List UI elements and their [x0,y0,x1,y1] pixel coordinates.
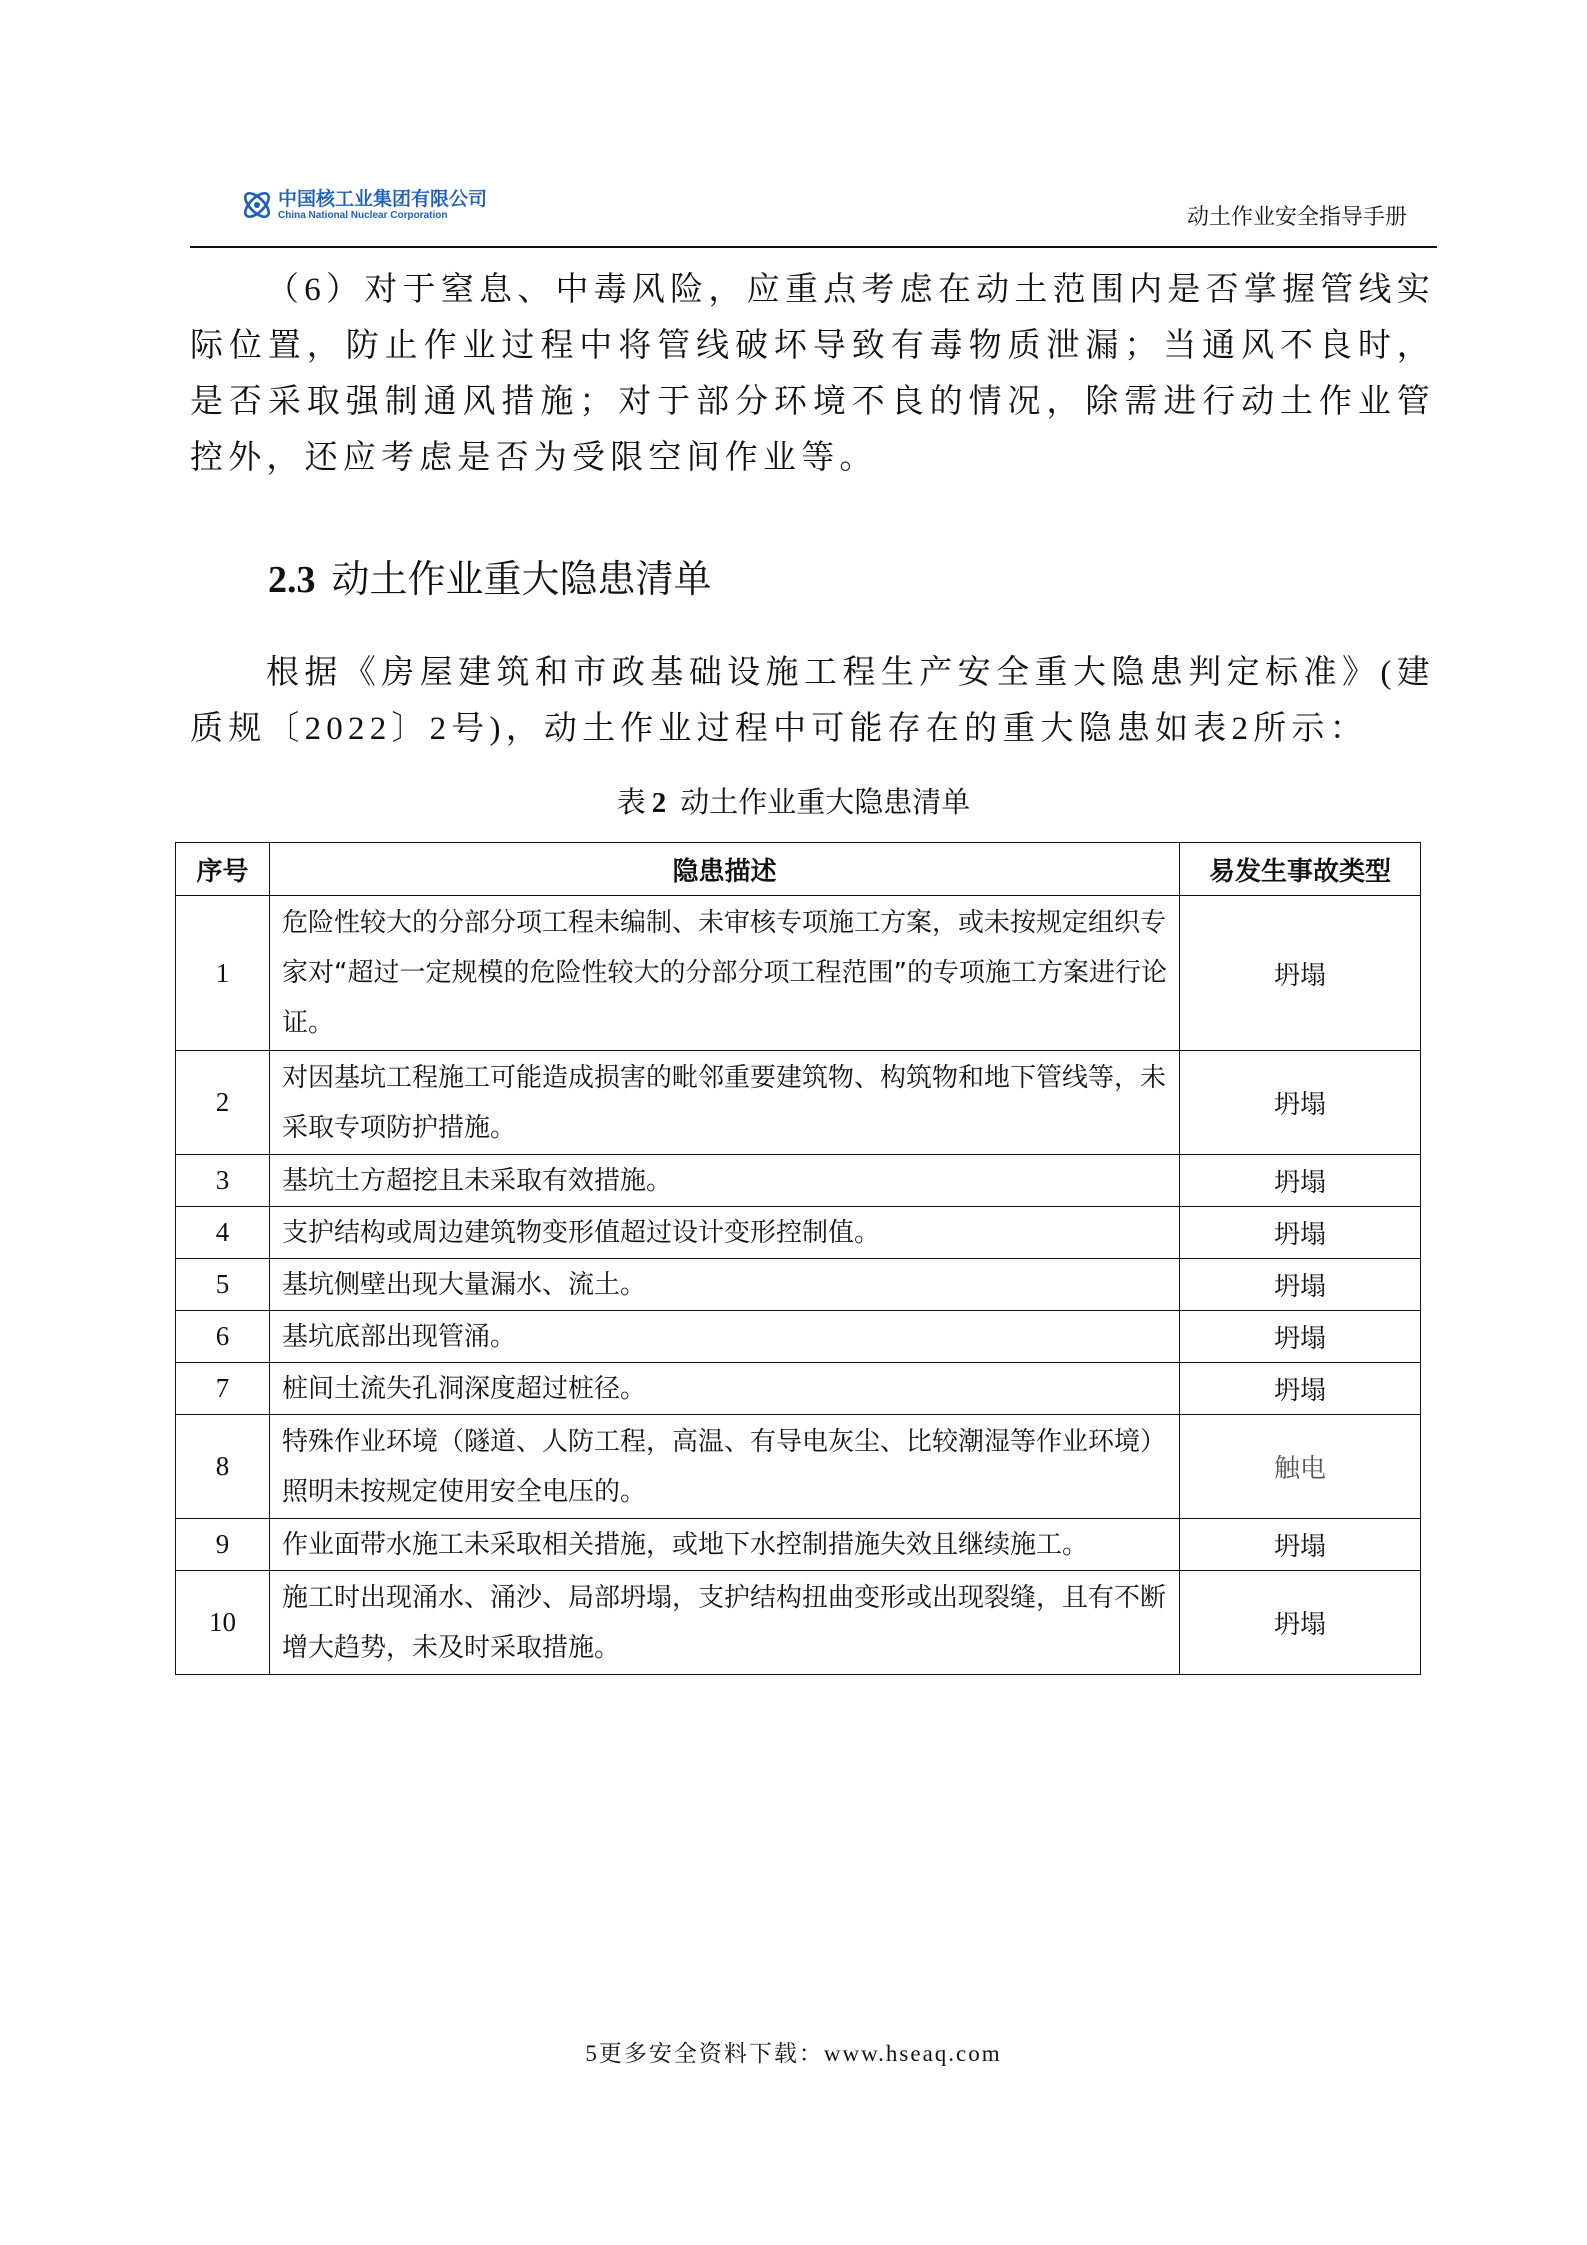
table-caption-title: 动土作业重大隐患清单 [680,787,970,819]
table-row: 5 基坑侧壁出现大量漏水、流土。 坍塌 [176,1259,1421,1311]
page-footer: 5更多安全资料下载：www.hseaq.com [0,2035,1587,2068]
section-heading: 2.3动土作业重大隐患清单 [268,548,712,603]
section-number: 2.3 [268,559,316,601]
header-serial-no: 序号 [176,843,270,896]
table-row: 10 施工时出现涌水、涌沙、局部坍塌，支护结构扭曲变形或出现裂缝，且有不断增大趋… [176,1571,1421,1675]
table-header-row: 序号 隐患描述 易发生事故类型 [176,843,1421,896]
row-description: 特殊作业环境（隧道、人防工程，高温、有导电灰尘、比较潮湿等作业环境）照明未按规定… [270,1415,1180,1519]
row-description: 支护结构或周边建筑物变形值超过设计变形控制值。 [270,1207,1180,1259]
row-accident-type: 坍塌 [1180,1571,1421,1675]
table-caption-number: 2 [652,787,667,819]
section-title-text: 动土作业重大隐患清单 [332,559,712,601]
row-accident-type: 坍塌 [1180,1207,1421,1259]
row-number: 1 [176,896,270,1051]
row-description: 对因基坑工程施工可能造成损害的毗邻重要建筑物、构筑物和地下管线等，未采取专项防护… [270,1051,1180,1155]
row-accident-type: 触电 [1180,1415,1421,1519]
table-row: 9 作业面带水施工未采取相关措施，或地下水控制措施失效且继续施工。 坍塌 [176,1519,1421,1571]
hazard-table: 序号 隐患描述 易发生事故类型 1 危险性较大的分部分项工程未编制、未审核专项施… [175,842,1421,1675]
row-description: 基坑底部出现管涌。 [270,1311,1180,1363]
row-number: 8 [176,1415,270,1519]
table-row: 3 基坑土方超挖且未采取有效措施。 坍塌 [176,1155,1421,1207]
row-accident-type: 坍塌 [1180,1259,1421,1311]
row-number: 2 [176,1051,270,1155]
table-row: 8 特殊作业环境（隧道、人防工程，高温、有导电灰尘、比较潮湿等作业环境）照明未按… [176,1415,1421,1519]
table-row: 1 危险性较大的分部分项工程未编制、未审核专项施工方案，或未按规定组织专家对“超… [176,896,1421,1051]
table-row: 6 基坑底部出现管涌。 坍塌 [176,1311,1421,1363]
table-row: 7 桩间土流失孔洞深度超过桩径。 坍塌 [176,1363,1421,1415]
row-description: 桩间土流失孔洞深度超过桩径。 [270,1363,1180,1415]
paragraph-item-6: （6）对于窒息、中毒风险，应重点考虑在动土范围内是否掌握管线实际位置，防止作业过… [190,262,1435,486]
logo-english-name: China National Nuclear Corporation [278,211,487,221]
row-description: 作业面带水施工未采取相关措施，或地下水控制措施失效且继续施工。 [270,1519,1180,1571]
atom-logo-icon [240,188,274,222]
table-caption: 表2动土作业重大隐患清单 [0,780,1587,821]
row-number: 4 [176,1207,270,1259]
row-number: 7 [176,1363,270,1415]
table-row: 2 对因基坑工程施工可能造成损害的毗邻重要建筑物、构筑物和地下管线等，未采取专项… [176,1051,1421,1155]
table-row: 4 支护结构或周边建筑物变形值超过设计变形控制值。 坍塌 [176,1207,1421,1259]
header-hazard-description: 隐患描述 [270,843,1180,896]
logo-chinese-name: 中国核工业集团有限公司 [278,190,487,209]
row-accident-type: 坍塌 [1180,1155,1421,1207]
row-description: 施工时出现涌水、涌沙、局部坍塌，支护结构扭曲变形或出现裂缝，且有不断增大趋势，未… [270,1571,1180,1675]
row-number: 9 [176,1519,270,1571]
table-caption-prefix: 表 [617,787,646,819]
row-accident-type: 坍塌 [1180,1051,1421,1155]
row-accident-type: 坍塌 [1180,1311,1421,1363]
row-number: 6 [176,1311,270,1363]
row-description: 基坑土方超挖且未采取有效措施。 [270,1155,1180,1207]
header-accident-type: 易发生事故类型 [1180,843,1421,896]
document-title: 动土作业安全指导手册 [1187,200,1407,231]
row-description: 危险性较大的分部分项工程未编制、未审核专项施工方案，或未按规定组织专家对“超过一… [270,896,1180,1051]
row-accident-type: 坍塌 [1180,896,1421,1051]
row-accident-type: 坍塌 [1180,1363,1421,1415]
company-logo: 中国核工业集团有限公司 China National Nuclear Corpo… [240,188,487,222]
row-accident-type: 坍塌 [1180,1519,1421,1571]
row-number: 10 [176,1571,270,1675]
row-description: 基坑侧壁出现大量漏水、流土。 [270,1259,1180,1311]
page-header: 中国核工业集团有限公司 China National Nuclear Corpo… [190,180,1437,248]
row-number: 5 [176,1259,270,1311]
intro-paragraph: 根据《房屋建筑和市政基础设施工程生产安全重大隐患判定标准》(建质规〔2022〕2… [190,645,1435,757]
row-number: 3 [176,1155,270,1207]
